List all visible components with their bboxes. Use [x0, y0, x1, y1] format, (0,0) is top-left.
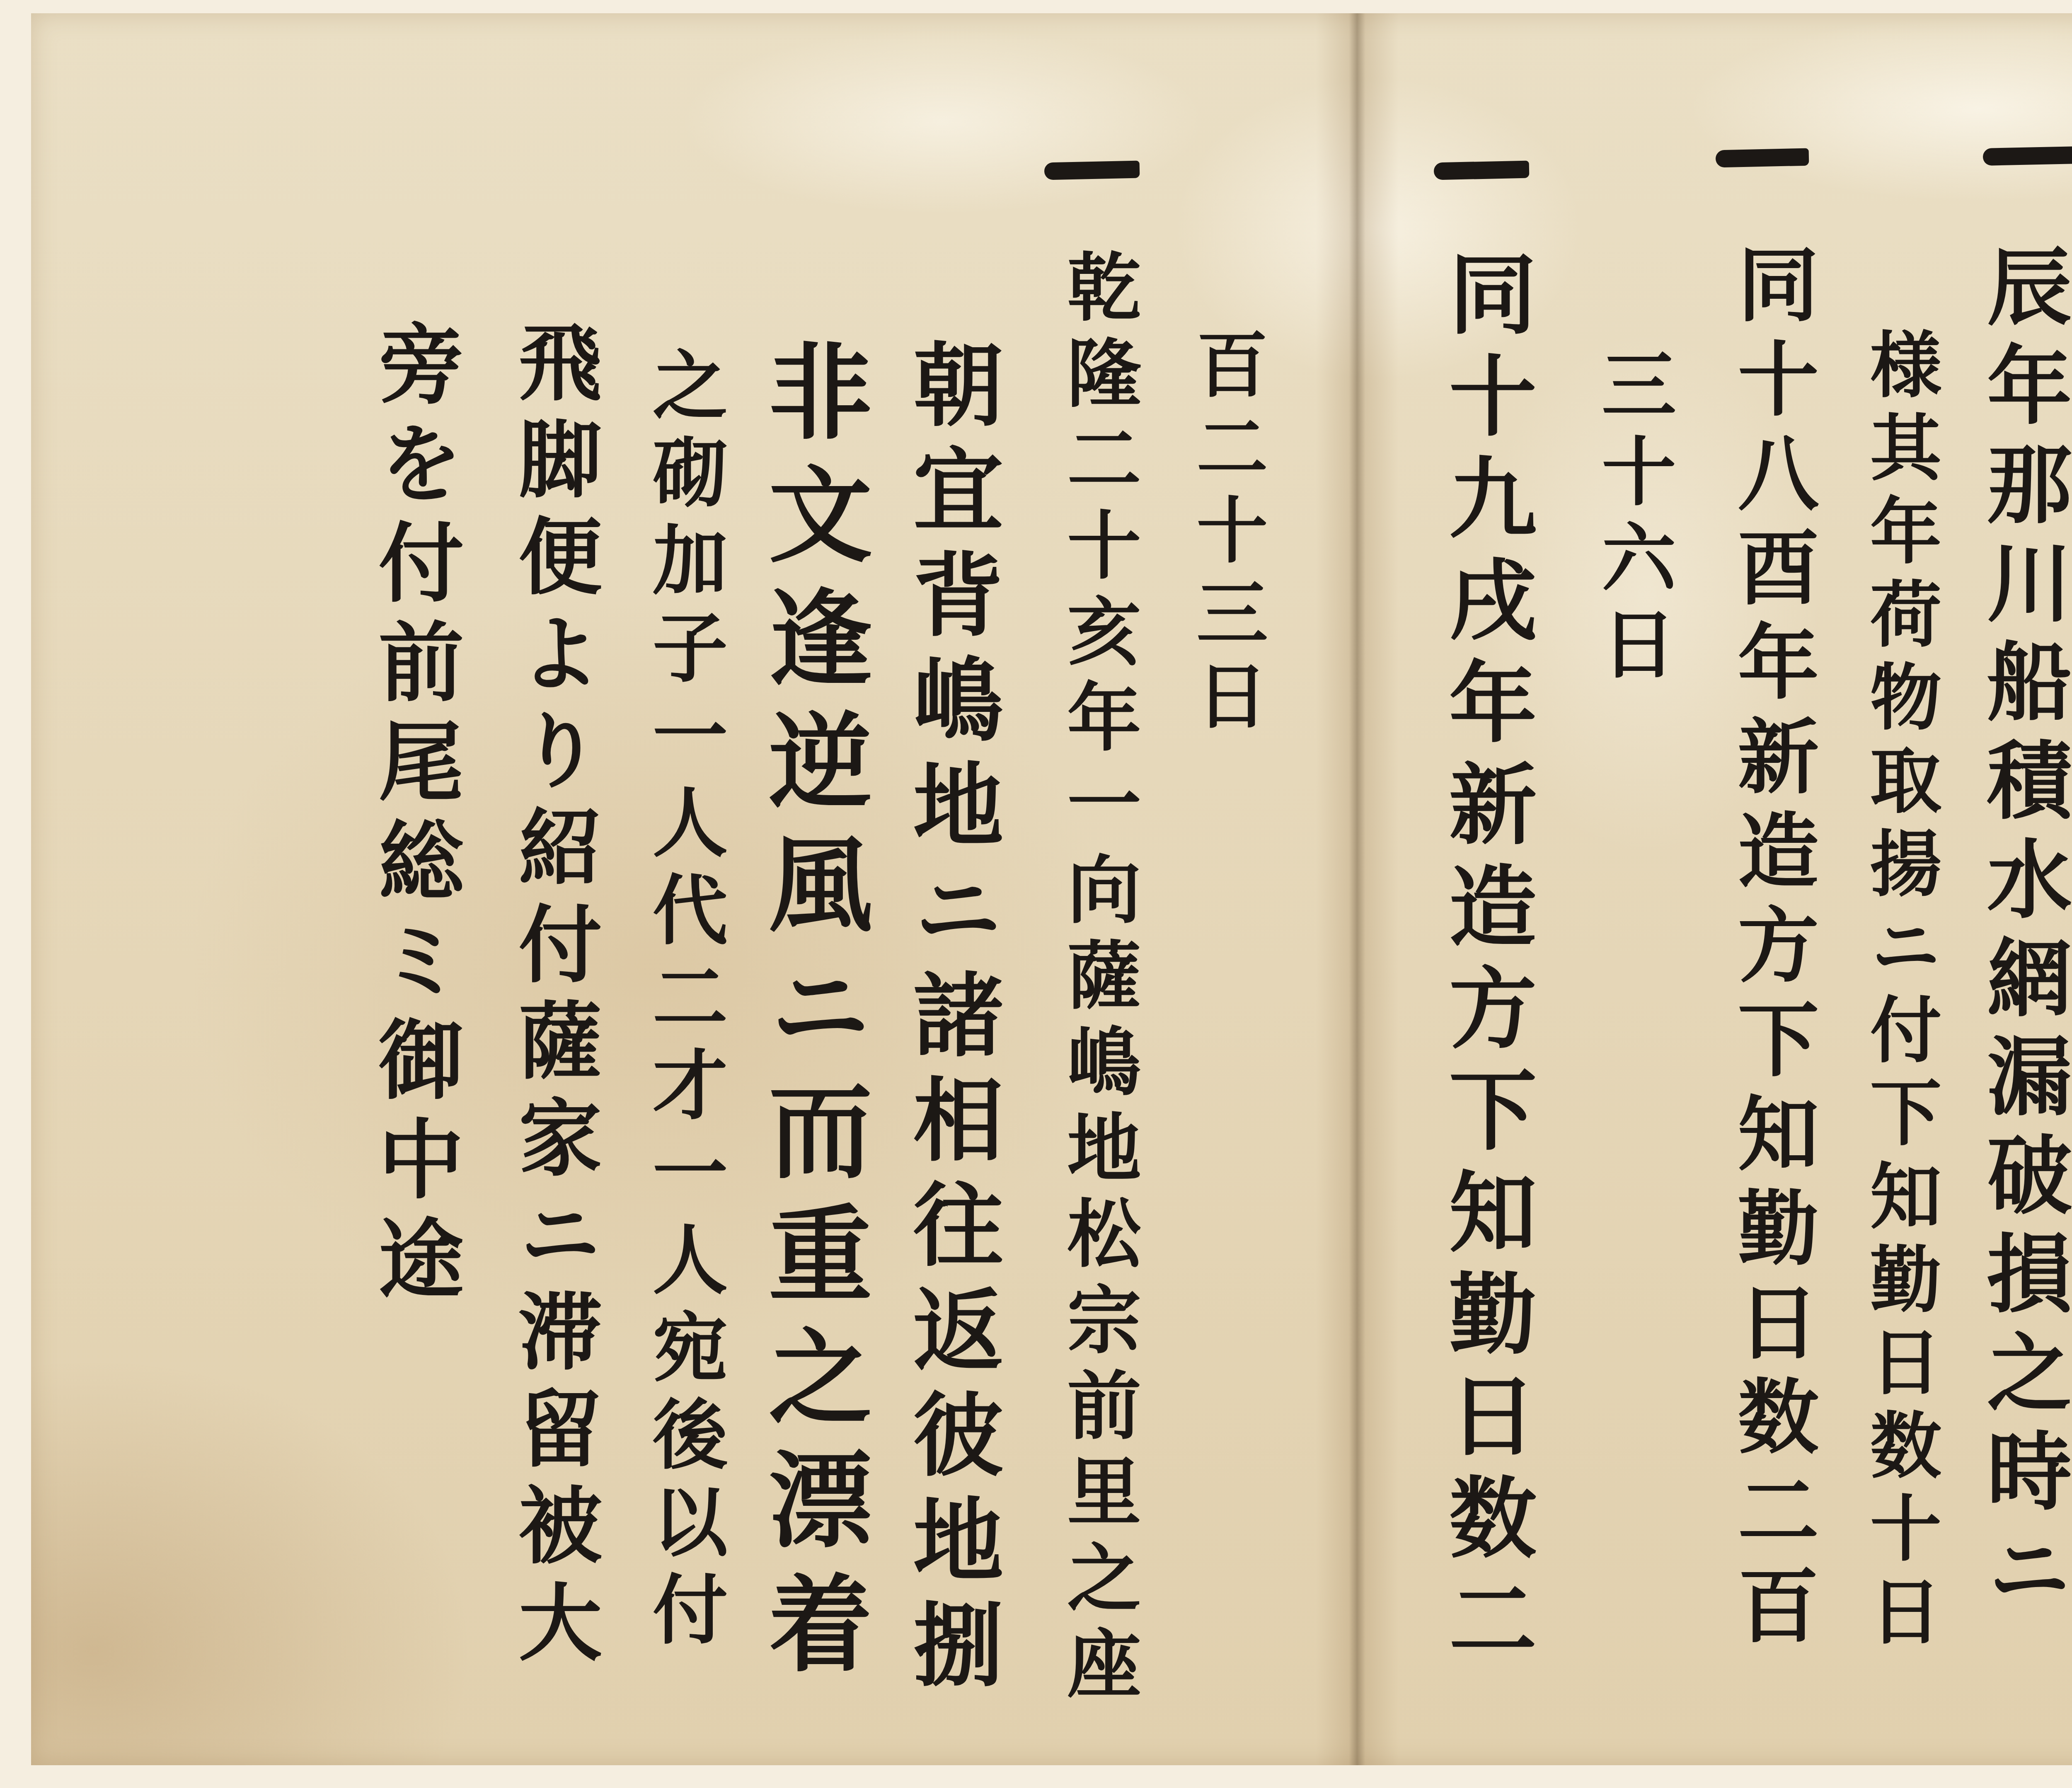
text-column-14: 旁を付前尾総ミ御中途 [352, 319, 477, 1314]
text-column-8: 百二十三日 [1164, 327, 1289, 742]
document-scan: 一 同年安奥所船解ニ付下知加勢筆者 勤日数同断 一 辰年那川船積水網漏破損之時ニ… [0, 0, 2072, 1788]
text-column-4: 様其年荷物取揚ニ付下知勤日数十日 [1838, 327, 1962, 1657]
text-column-3: 辰年那川船積水網漏破損之時ニ [1960, 242, 2072, 1624]
item-mark-icon: 一 [1434, 161, 1530, 180]
text-column-6: 三十六日 [1571, 346, 1695, 692]
text-column-7: 同十九戌年新造方下知勤日数二 [1423, 249, 1548, 1676]
text-column-5: 同十八酉年新造方下知勤日数二百 [1709, 242, 1834, 1657]
text-column-11: 非文逢逆風ニ而重之漂着 [750, 338, 874, 1693]
text-column-10: 朝宜背嶋地ニ諸相往返彼地捌 [889, 338, 1013, 1703]
center-fold [1316, 13, 1399, 1765]
text-column-13: 飛脚便より紹付薩家ニ滞留被大 [491, 319, 615, 1676]
item-mark-icon: 一 [1044, 161, 1140, 180]
item-mark-icon: 一 [1983, 146, 2072, 166]
text-column-12: 之砌加子一人代二才一人宛後以付 [622, 346, 746, 1657]
item-mark-icon: 一 [1716, 148, 1809, 168]
text-column-9: 乾隆二十亥年一向薩嶋地松宗前里之座 [1036, 249, 1160, 1711]
